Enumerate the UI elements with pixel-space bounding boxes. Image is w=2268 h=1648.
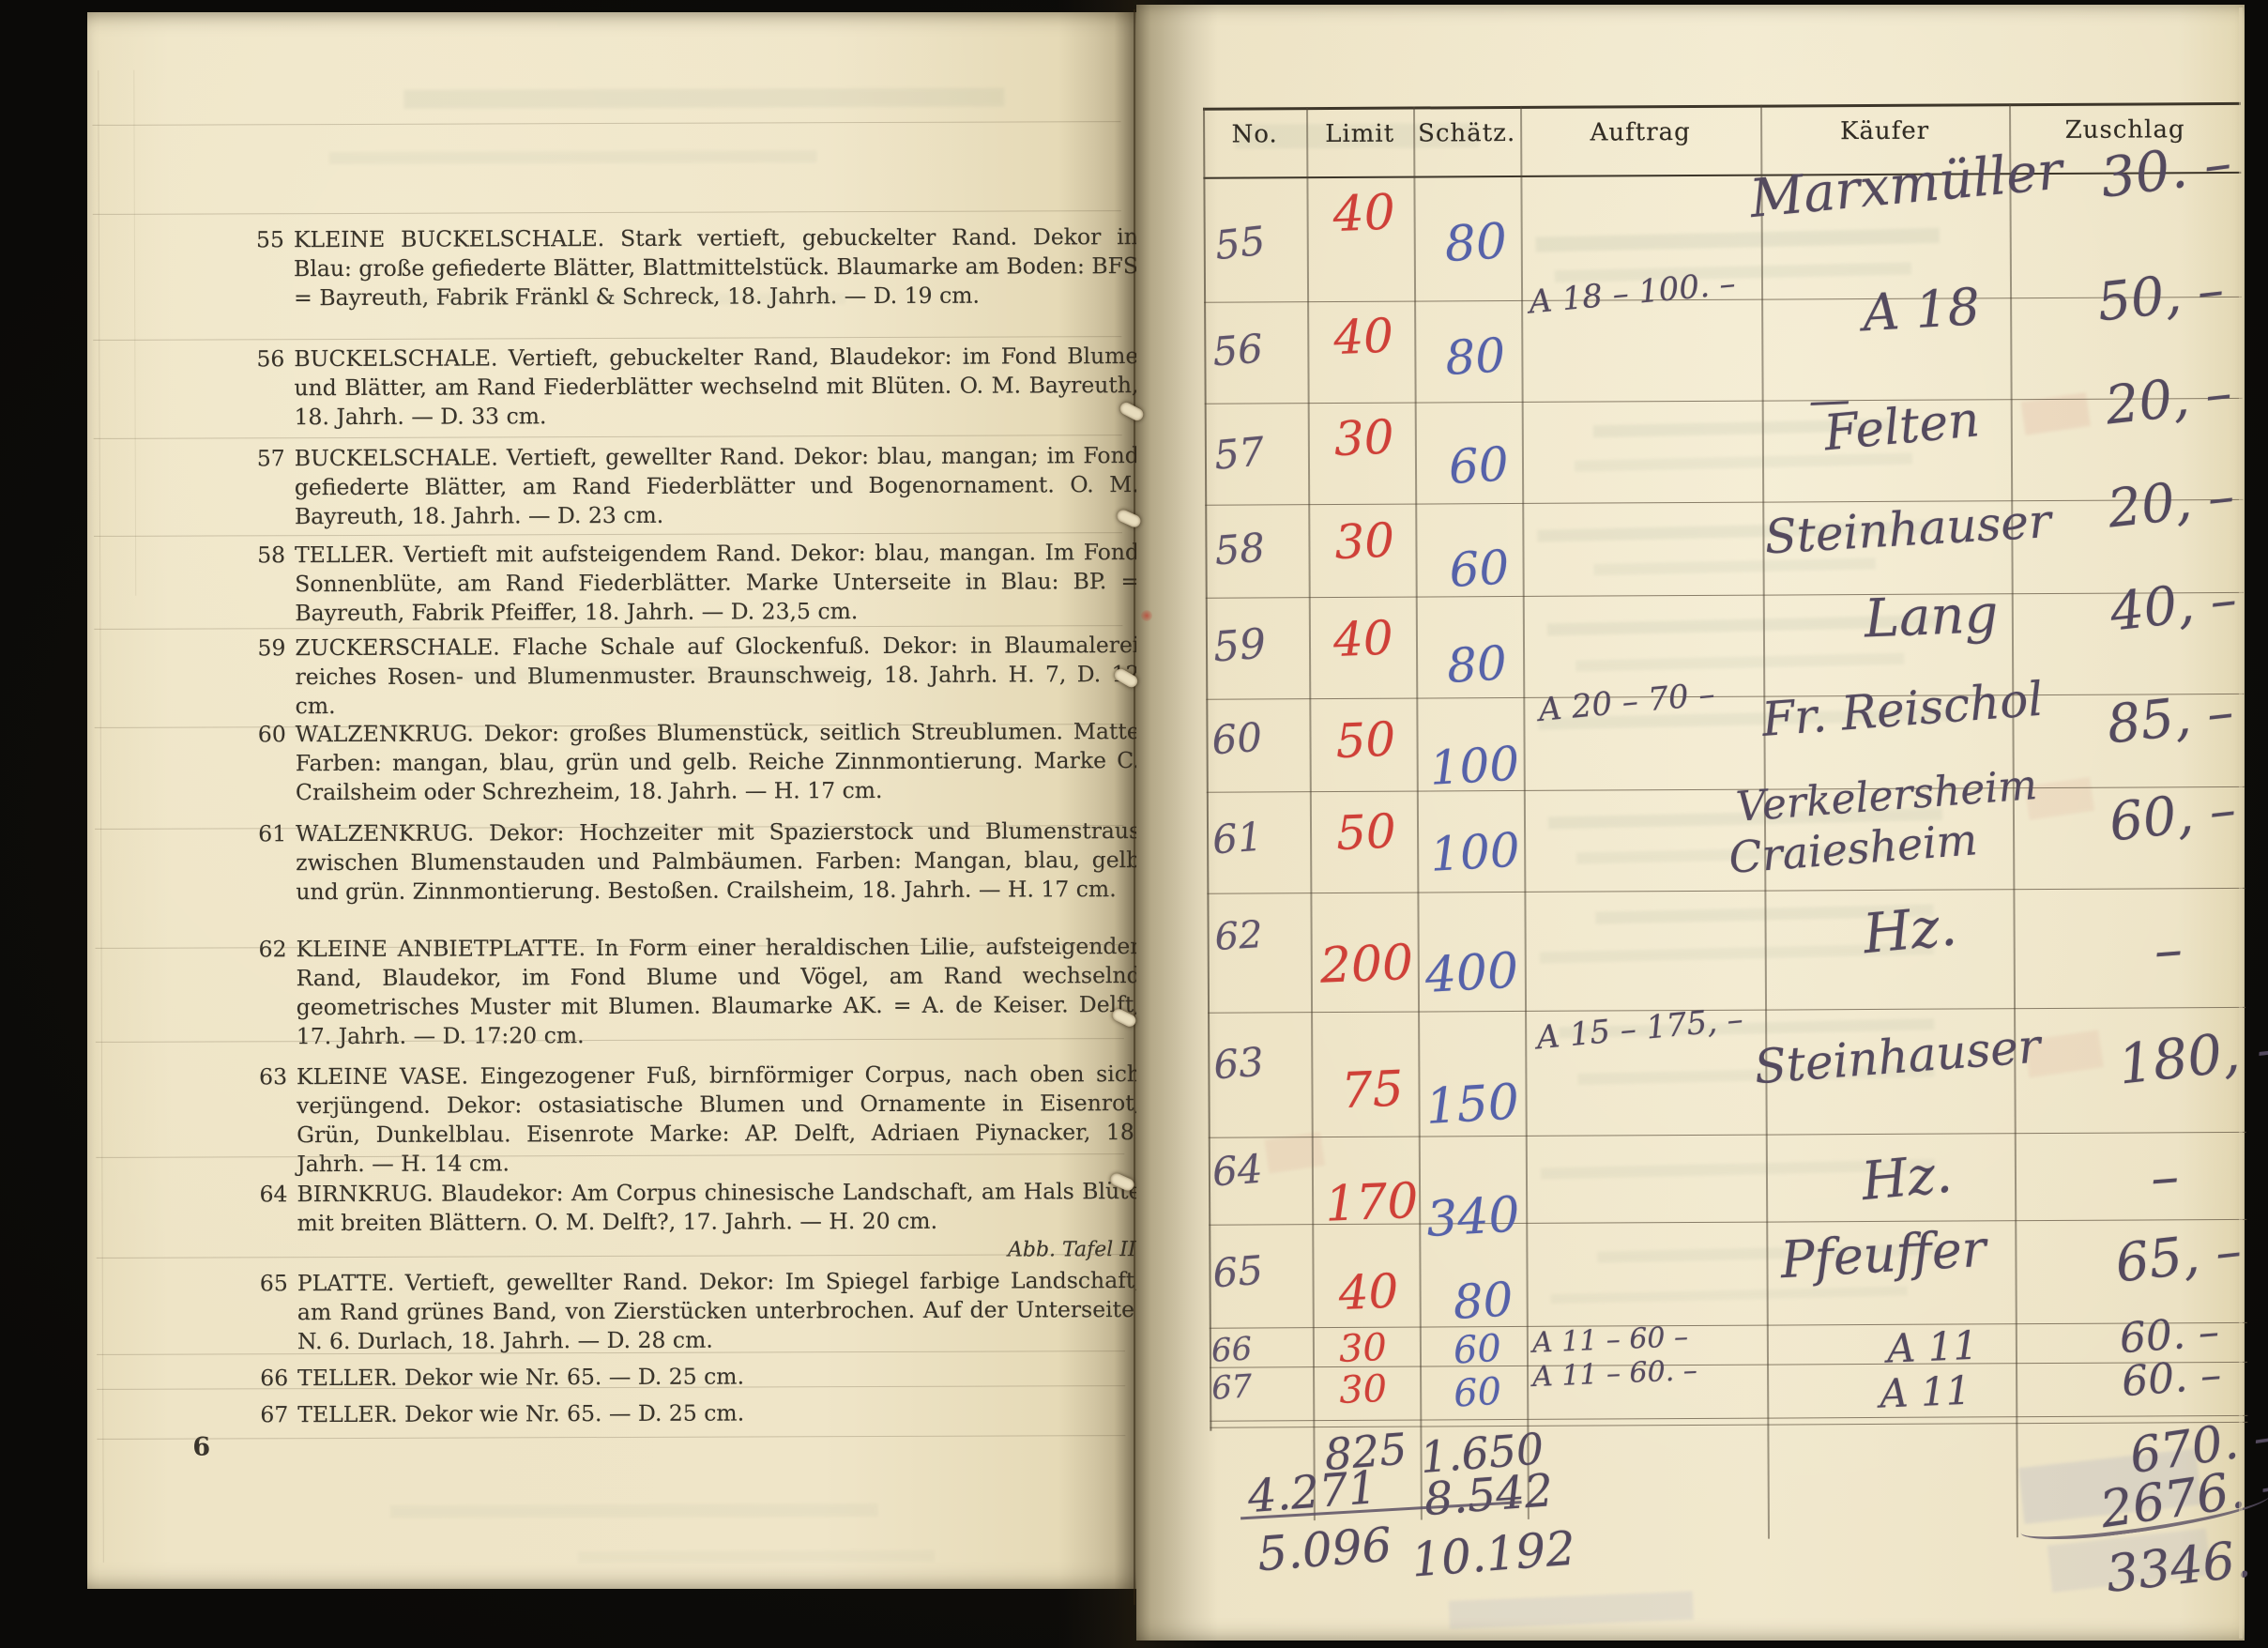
buyer-name: Fr. Reischol [1760, 672, 2046, 747]
bid-order-note: A 20 – 70 – [1537, 676, 1716, 729]
showthrough-text [329, 150, 817, 164]
lot-number: 55 [236, 225, 284, 254]
estimate-value: 60 [1448, 540, 1511, 598]
lot-number-handwritten: 57 [1212, 428, 1267, 479]
bid-order-note: A 18 – 100. – [1528, 265, 1738, 321]
showthrough-text [1449, 1591, 1694, 1628]
estimate-value: 80 [1444, 328, 1507, 386]
lot-number-handwritten: 66 [1210, 1330, 1253, 1369]
bid-order-note: A 11 – 60 – [1531, 1320, 1688, 1360]
hammer-price: 60, – [2107, 779, 2239, 853]
table-top-rule [1203, 102, 2241, 111]
row-separator [1209, 1132, 2246, 1138]
catalog-item: 65PLATTE. Vertieft, gewellter Rand. Deko… [239, 1266, 1142, 1356]
estimate-value: 80 [1443, 213, 1509, 273]
lot-description: BIRNKRUG. Blaudekor: Am Corpus chinesisc… [297, 1178, 1141, 1236]
hammer-price: – [2148, 1143, 2181, 1211]
ledger-page-right: No.LimitSchätz.AuftragKäuferZuschlag5540… [1136, 5, 2245, 1640]
limit-value: 30 [1338, 1367, 1388, 1412]
row-separator [1210, 1415, 2247, 1422]
ghost-rule [94, 532, 1122, 537]
ghost-rule-vertical [133, 70, 136, 596]
column-rule [1413, 107, 1423, 1520]
catalog-item: 67TELLER. Dekor wie Nr. 65. — D. 25 cm. [239, 1397, 1142, 1429]
catalog-item: 59ZUCKERSCHALE. Flache Schale auf Glocke… [236, 631, 1139, 721]
catalog-item: 61WALZENKRUG. Dekor: Hochzeiter mit Spaz… [237, 816, 1140, 907]
hammer-price: 180, – [2115, 1015, 2268, 1097]
lot-description: TELLER. Vertieft mit aufsteigendem Rand.… [295, 539, 1139, 626]
estimate-value: 100 [1429, 823, 1522, 882]
lot-description: WALZENKRUG. Dekor: großes Blumenstück, s… [296, 718, 1140, 805]
lot-number-handwritten: 60 [1210, 714, 1264, 764]
column-rule [1520, 106, 1530, 1519]
lot-number-handwritten: 61 [1210, 814, 1264, 863]
bid-order-note: A 11 – 60. – [1531, 1354, 1697, 1394]
lot-number: 60 [237, 720, 286, 749]
hammer-price-total: 3346. – [2103, 1524, 2268, 1603]
bid-order-note: A 15 – 175, – [1535, 1000, 1745, 1057]
estimate-value: 150 [1424, 1074, 1521, 1136]
buyer-name: Hz. [1859, 1143, 1955, 1213]
limit-value: 75 [1340, 1061, 1405, 1120]
limit-value: 40 [1332, 185, 1396, 244]
buyer-name: Lang [1864, 584, 2000, 650]
red-collation-mark [1141, 610, 1152, 621]
hammer-price: 65, – [2112, 1220, 2245, 1294]
showthrough-text [1536, 228, 1940, 252]
column-total: 8.542 [1423, 1464, 1555, 1526]
row-separator [1205, 499, 2243, 506]
limit-value: 30 [1338, 1326, 1388, 1371]
estimate-value: 100 [1428, 737, 1521, 796]
hammer-price: 50, – [2094, 259, 2227, 333]
ghost-rule [93, 336, 1121, 341]
ghost-rule [93, 210, 1121, 215]
lot-description: ZUCKERSCHALE. Flache Schale auf Glockenf… [295, 632, 1139, 719]
column-rule [1203, 108, 1211, 1431]
limit-value: 40 [1332, 611, 1394, 668]
row-separator [1206, 694, 2244, 700]
lot-description: TELLER. Dekor wie Nr. 65. — D. 25 cm. [297, 1400, 744, 1428]
lot-number: 58 [236, 541, 285, 570]
catalog-item: 55KLEINE BUCKELSCHALE. Stark vertieft, g… [236, 222, 1138, 313]
showthrough-text [1551, 1286, 1908, 1304]
lot-description: PLATTE. Vertieft, gewellter Rand. Dekor:… [297, 1267, 1142, 1354]
column-header-limit: Limit [1306, 120, 1413, 149]
buyer-name: A 11 [1879, 1367, 1971, 1417]
scanned-book-spread: 55KLEINE BUCKELSCHALE. Stark vertieft, g… [0, 0, 2268, 1648]
limit-value: 170 [1324, 1173, 1420, 1233]
limit-value: 50 [1335, 804, 1397, 862]
buyer-name: Marxmüller [1747, 141, 2065, 231]
page-stack-edge [2239, 8, 2243, 1639]
column-total: 10.192 [1409, 1521, 1577, 1588]
lot-description: WALZENKRUG. Dekor: Hochzeiter mit Spazie… [296, 817, 1140, 905]
estimate-value: 400 [1423, 942, 1520, 1004]
lot-number-handwritten: 59 [1211, 619, 1268, 671]
lot-description: BUCKELSCHALE. Vertieft, gebuckelter Rand… [294, 343, 1138, 430]
column-header-auftrag: Auftrag [1520, 118, 1760, 147]
catalog-item: 56BUCKELSCHALE. Vertieft, gebuckelter Ra… [236, 342, 1138, 432]
buyer-name: A 18 [1861, 277, 1981, 343]
limit-value: 200 [1319, 935, 1415, 995]
lot-number: 59 [236, 633, 285, 663]
column-rule [1306, 107, 1316, 1520]
column-total: 5.096 [1256, 1518, 1393, 1582]
showthrough-text [1265, 1132, 1326, 1173]
catalog-page-left: 55KLEINE BUCKELSCHALE. Stark vertieft, g… [87, 12, 1136, 1589]
column-header-kaeufer: Käufer [1760, 116, 2009, 145]
catalog-item: 64BIRNKRUG. Blaudekor: Am Corpus chinesi… [238, 1177, 1141, 1267]
page-number: 6 [192, 1432, 210, 1461]
row-separator [1206, 592, 2244, 599]
column-header-no: No. [1203, 120, 1306, 149]
row-separator [1207, 786, 2245, 793]
hammer-price: 40, – [2108, 569, 2240, 643]
catalog-item: 58TELLER. Vertieft mit aufsteigendem Ran… [236, 538, 1139, 628]
lot-number: 57 [236, 444, 285, 473]
limit-value: 50 [1334, 712, 1396, 770]
ghost-rule [94, 435, 1122, 439]
lot-number-handwritten: 58 [1213, 525, 1267, 574]
estimate-value: 60 [1453, 1327, 1502, 1373]
showthrough-text [1575, 653, 1904, 672]
showthrough-text [390, 1503, 878, 1518]
row-separator [1205, 398, 2243, 404]
catalog-item: 60WALZENKRUG. Dekor: großes Blumenstück,… [237, 717, 1140, 807]
lot-description: TELLER. Dekor wie Nr. 65. — D. 25 cm. [297, 1364, 744, 1392]
lot-number: 56 [236, 344, 284, 374]
ghost-rule [97, 1435, 1125, 1440]
lot-number-handwritten: 65 [1211, 1247, 1265, 1297]
hammer-price: – [2152, 916, 2184, 984]
lot-description: KLEINE VASE. Eingezogener Fuß, birnförmi… [297, 1061, 1141, 1177]
lot-description: KLEINE ANBIETPLATTE. In Form einer heral… [297, 933, 1141, 1049]
ghost-rule-vertical [98, 70, 104, 1563]
catalog-item: 62KLEINE ANBIETPLATTE. In Form einer her… [237, 932, 1140, 1051]
hammer-price: 20, – [2102, 362, 2234, 436]
lot-number-handwritten: 56 [1211, 326, 1265, 375]
lot-description: KLEINE BUCKELSCHALE. Stark vertieft, geb… [294, 223, 1138, 311]
hammer-price: 60. – [2120, 1350, 2222, 1406]
lot-number: 67 [239, 1400, 288, 1429]
showthrough-text [403, 88, 1004, 109]
limit-value: 30 [1333, 410, 1395, 467]
buyer-name: A 11 [1886, 1322, 1979, 1372]
plate-reference-note: Abb. Tafel II [297, 1235, 1142, 1267]
catalog-item: 66TELLER. Dekor wie Nr. 65. — D. 25 cm. [239, 1361, 1142, 1393]
lot-number-handwritten: 67 [1210, 1367, 1253, 1407]
lot-number-handwritten: 55 [1212, 218, 1268, 269]
estimate-value: 60 [1453, 1370, 1502, 1416]
binding-fold-line [1134, 9, 1135, 1605]
table-header-rule [1203, 172, 2241, 179]
hammer-price: 20, – [2105, 465, 2237, 540]
buyer-name: Hz. [1861, 893, 1959, 966]
estimate-value: 340 [1425, 1186, 1522, 1248]
lot-number: 64 [238, 1180, 287, 1209]
lot-number-handwritten: 62 [1213, 913, 1263, 959]
lot-number: 65 [239, 1269, 288, 1298]
column-header-schaetz: Schätz. [1413, 119, 1520, 148]
limit-value: 30 [1333, 513, 1395, 571]
lot-number-handwritten: 63 [1212, 1039, 1266, 1089]
column-rule [2009, 103, 2018, 1537]
buyer-name: Pfeuffer [1779, 1219, 1987, 1290]
lot-number: 66 [239, 1364, 288, 1393]
limit-value: 40 [1337, 1264, 1399, 1321]
lot-number: 61 [237, 819, 286, 848]
ghost-rule [92, 121, 1120, 126]
buyer-name: Steinhauser [1763, 494, 2052, 564]
estimate-value: 80 [1452, 1272, 1515, 1330]
row-separator [1207, 888, 2245, 894]
catalog-item: 57BUCKELSCHALE. Vertieft, gewellter Rand… [236, 441, 1139, 531]
lot-number: 63 [238, 1062, 287, 1091]
lot-number-handwritten: 64 [1210, 1146, 1264, 1196]
lot-description: BUCKELSCHALE. Vertieft, gewellter Rand. … [295, 442, 1139, 529]
hammer-price: 85, – [2104, 681, 2236, 755]
showthrough-text [578, 1550, 935, 1563]
lot-number: 62 [237, 935, 286, 964]
limit-value: 40 [1332, 309, 1394, 366]
buyer-name: Steinhauser [1753, 1018, 2043, 1094]
estimate-value: 60 [1447, 436, 1510, 495]
estimate-value: 80 [1445, 635, 1508, 694]
catalog-item: 63KLEINE VASE. Eingezogener Fuß, birnför… [238, 1060, 1141, 1179]
